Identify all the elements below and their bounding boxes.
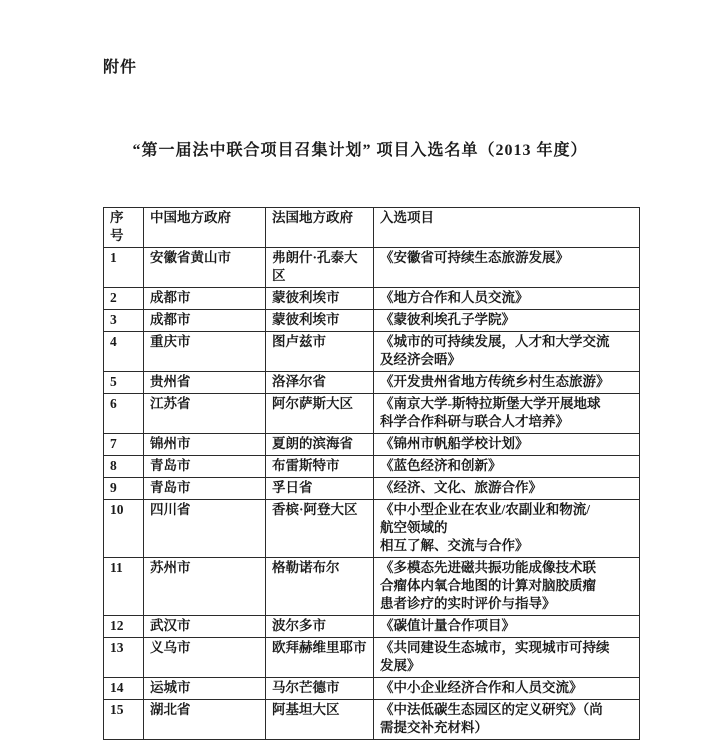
table-row: 4重庆市图卢兹市《城市的可持续发展，人才和大学交流 及经济会晤》 [104,332,640,372]
cell-no: 11 [104,558,144,616]
cell-no: 15 [104,700,144,740]
table-row: 5贵州省洛泽尔省《开发贵州省地方传统乡村生态旅游》 [104,372,640,394]
table-body: 1安徽省黄山市弗朗什·孔泰大 区《安徽省可持续生态旅游发展》2成都市蒙彼利埃市《… [104,248,640,740]
cell-france-gov: 洛泽尔省 [266,372,374,394]
document-title: “第一届法中联合项目召集计划” 项目入选名单（2013 年度） [0,137,720,160]
cell-china-gov: 成都市 [144,288,266,310]
cell-no: 9 [104,478,144,500]
cell-china-gov: 义乌市 [144,638,266,678]
cell-project: 《安徽省可持续生态旅游发展》 [374,248,640,288]
table-row: 14运城市马尔芒德市《中小企业经济合作和人员交流》 [104,678,640,700]
cell-no: 12 [104,616,144,638]
cell-project: 《南京大学-斯特拉斯堡大学开展地球 科学合作科研与联合人才培养》 [374,394,640,434]
cell-no: 5 [104,372,144,394]
cell-no: 2 [104,288,144,310]
cell-china-gov: 安徽省黄山市 [144,248,266,288]
header-cell-france-gov: 法国地方政府 [266,208,374,248]
cell-france-gov: 孚日省 [266,478,374,500]
cell-no: 8 [104,456,144,478]
cell-france-gov: 阿基坦大区 [266,700,374,740]
cell-france-gov: 布雷斯特市 [266,456,374,478]
table-row: 15湖北省阿基坦大区《中法低碳生态园区的定义研究》（尚 需提交补充材料） [104,700,640,740]
cell-china-gov: 锦州市 [144,434,266,456]
cell-project: 《碳值计量合作项目》 [374,616,640,638]
projects-table: 序 号中国地方政府法国地方政府入选项目 1安徽省黄山市弗朗什·孔泰大 区《安徽省… [103,207,640,740]
table-row: 3成都市蒙彼利埃市《蒙彼利埃孔子学院》 [104,310,640,332]
cell-france-gov: 马尔芒德市 [266,678,374,700]
cell-china-gov: 成都市 [144,310,266,332]
cell-china-gov: 青岛市 [144,456,266,478]
table-row: 8青岛市布雷斯特市《蓝色经济和创新》 [104,456,640,478]
table-row: 10四川省香槟·阿登大区《中小型企业在农业/农副业和物流/ 航空领域的 相互了解… [104,500,640,558]
cell-project: 《锦州市帆船学校计划》 [374,434,640,456]
cell-china-gov: 湖北省 [144,700,266,740]
cell-china-gov: 贵州省 [144,372,266,394]
cell-france-gov: 图卢兹市 [266,332,374,372]
cell-no: 1 [104,248,144,288]
cell-project: 《地方合作和人员交流》 [374,288,640,310]
cell-no: 14 [104,678,144,700]
table-row: 7锦州市夏朗的滨海省《锦州市帆船学校计划》 [104,434,640,456]
table-row: 2成都市蒙彼利埃市《地方合作和人员交流》 [104,288,640,310]
cell-no: 3 [104,310,144,332]
table-row: 6江苏省阿尔萨斯大区《南京大学-斯特拉斯堡大学开展地球 科学合作科研与联合人才培… [104,394,640,434]
cell-project: 《城市的可持续发展，人才和大学交流 及经济会晤》 [374,332,640,372]
cell-no: 6 [104,394,144,434]
cell-project: 《中小型企业在农业/农副业和物流/ 航空领域的 相互了解、交流与合作》 [374,500,640,558]
cell-france-gov: 波尔多市 [266,616,374,638]
cell-no: 13 [104,638,144,678]
table-row: 11苏州市格勒诺布尔《多模态先进磁共振功能成像技术联 合瘤体内氧合地图的计算对脑… [104,558,640,616]
cell-china-gov: 四川省 [144,500,266,558]
cell-china-gov: 武汉市 [144,616,266,638]
cell-china-gov: 运城市 [144,678,266,700]
table-row: 13义乌市欧拜赫维里耶市《共同建设生态城市，实现城市可持续 发展》 [104,638,640,678]
cell-project: 《中小企业经济合作和人员交流》 [374,678,640,700]
header-cell-no: 序 号 [104,208,144,248]
header-cell-project: 入选项目 [374,208,640,248]
cell-project: 《多模态先进磁共振功能成像技术联 合瘤体内氧合地图的计算对脑胶质瘤 患者诊疗的实… [374,558,640,616]
header-cell-china-gov: 中国地方政府 [144,208,266,248]
cell-france-gov: 格勒诺布尔 [266,558,374,616]
cell-china-gov: 重庆市 [144,332,266,372]
cell-project: 《蓝色经济和创新》 [374,456,640,478]
cell-france-gov: 蒙彼利埃市 [266,310,374,332]
cell-france-gov: 香槟·阿登大区 [266,500,374,558]
cell-no: 7 [104,434,144,456]
cell-no: 10 [104,500,144,558]
cell-project: 《蒙彼利埃孔子学院》 [374,310,640,332]
table-row: 12武汉市波尔多市《碳值计量合作项目》 [104,616,640,638]
table-header: 序 号中国地方政府法国地方政府入选项目 [104,208,640,248]
cell-france-gov: 阿尔萨斯大区 [266,394,374,434]
attachment-label: 附件 [103,54,137,77]
cell-france-gov: 夏朗的滨海省 [266,434,374,456]
cell-no: 4 [104,332,144,372]
table-row: 9青岛市孚日省《经济、文化、旅游合作》 [104,478,640,500]
cell-china-gov: 青岛市 [144,478,266,500]
table-row: 1安徽省黄山市弗朗什·孔泰大 区《安徽省可持续生态旅游发展》 [104,248,640,288]
cell-france-gov: 欧拜赫维里耶市 [266,638,374,678]
cell-china-gov: 江苏省 [144,394,266,434]
cell-france-gov: 蒙彼利埃市 [266,288,374,310]
cell-project: 《中法低碳生态园区的定义研究》（尚 需提交补充材料） [374,700,640,740]
cell-project: 《开发贵州省地方传统乡村生态旅游》 [374,372,640,394]
cell-france-gov: 弗朗什·孔泰大 区 [266,248,374,288]
cell-project: 《共同建设生态城市，实现城市可持续 发展》 [374,638,640,678]
cell-china-gov: 苏州市 [144,558,266,616]
cell-project: 《经济、文化、旅游合作》 [374,478,640,500]
table-header-row: 序 号中国地方政府法国地方政府入选项目 [104,208,640,248]
